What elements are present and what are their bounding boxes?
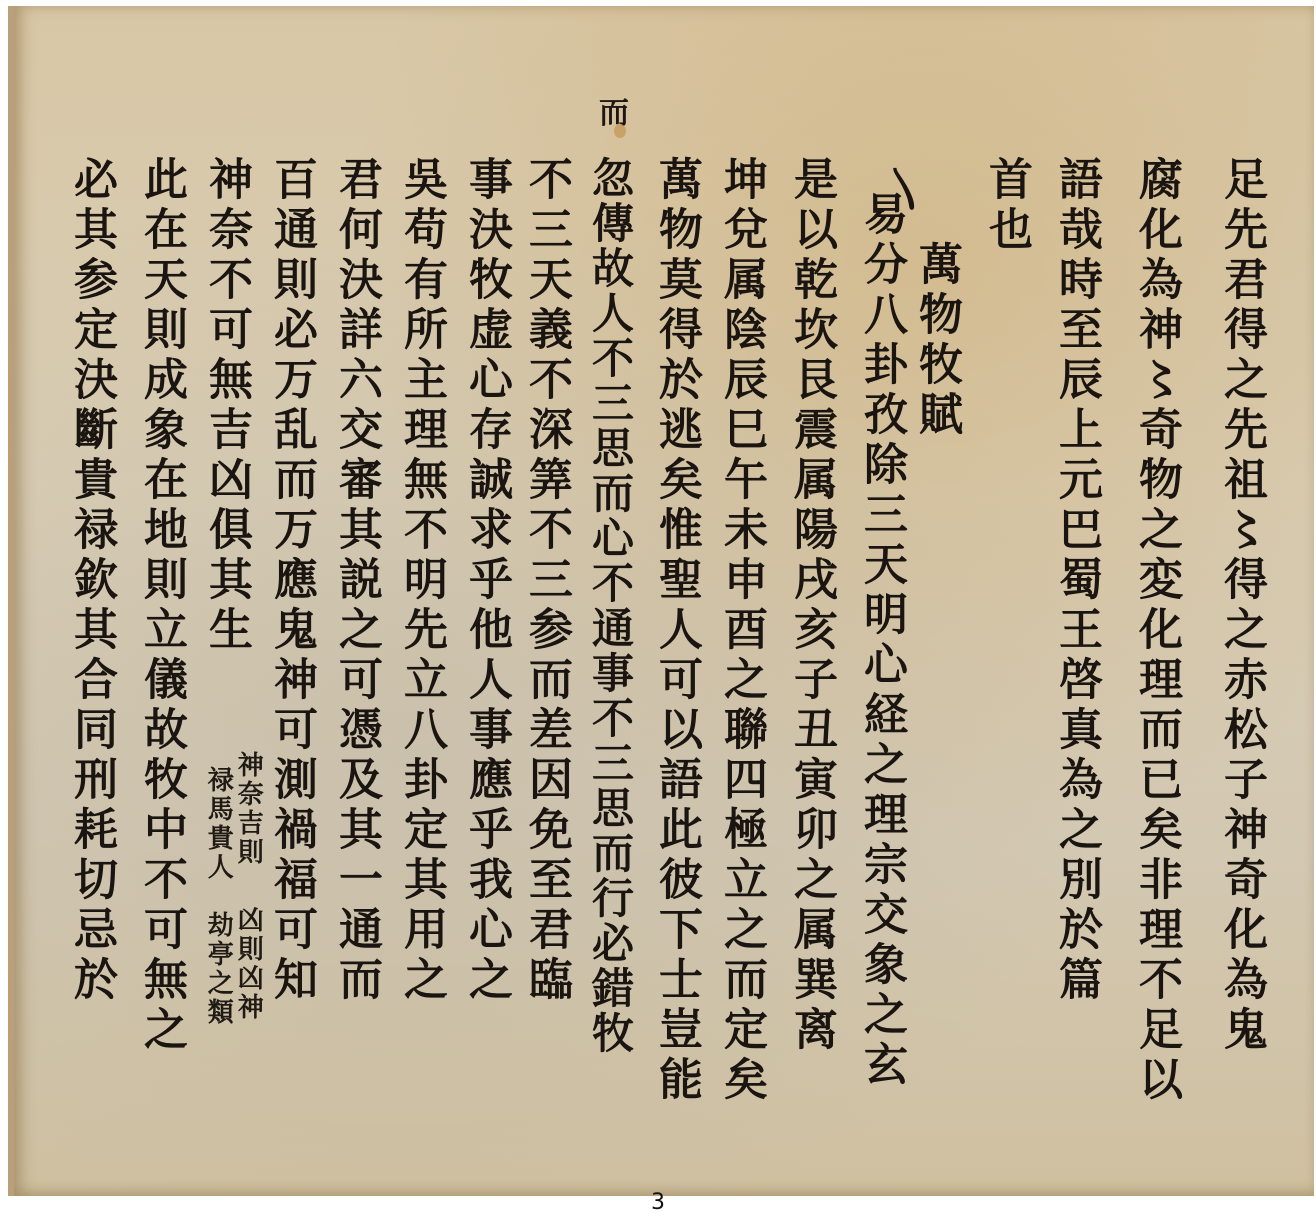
text-column-15: 百通則必万乱而万應鬼神可測禍福可知 bbox=[269, 156, 313, 1006]
text-column-16: 神奈不可無吉凶俱其生 bbox=[204, 156, 248, 656]
text-column-11: 不三天義不深筭不三参而差因免至君臨 bbox=[524, 156, 568, 1006]
text-column-10: 忽傳故人不三思而心不通事不三思而行必錯牧 bbox=[589, 156, 631, 1056]
text-column-7: 是以乾坎艮震属陽戌亥子丑寅卯之属巽离 bbox=[789, 156, 833, 1056]
text-column-14: 君何決詳六交審其説之可憑及其一通而 bbox=[334, 156, 378, 1006]
text-column-6: 易分八卦孜除三天明心経之理宗交象之玄 bbox=[859, 191, 903, 1091]
text-column-18: 必其参定決斷貴禄欽其合同刑耗切忌於 bbox=[69, 156, 113, 1006]
note-2: 禄馬貴人 bbox=[204, 766, 231, 882]
text-column-4: 首也 bbox=[984, 156, 1028, 256]
text-column-17: 此在天則成象在地則立儀故牧中不可無之 bbox=[139, 156, 183, 1056]
note-1: 神奈吉則 bbox=[234, 751, 261, 867]
note-3: 凶則凶神 bbox=[234, 906, 261, 1022]
manuscript-page: 而 足先君得之先祖〻得之赤松子神奇化為鬼 腐化為神〻奇物之変化理而已矣非理不足以… bbox=[8, 6, 1314, 1196]
section-title: 萬物牧賦 bbox=[914, 241, 958, 441]
text-column-2: 腐化為神〻奇物之変化理而已矣非理不足以 bbox=[1134, 156, 1178, 1106]
text-column-3: 語哉時至辰上元巴蜀王啓真為之別於篇 bbox=[1054, 156, 1098, 1006]
text-column-12: 事決牧虚心存誠求乎他人事應乎我心之 bbox=[464, 156, 508, 1006]
text-column-9: 萬物莫得於逃矣惟聖人可以語此彼下士豈能 bbox=[654, 156, 698, 1106]
text-column-8: 坤兌属陰辰巳午未申酉之聯四極立之而定矣 bbox=[719, 156, 763, 1106]
paper-stain bbox=[614, 124, 626, 138]
header-mark: 而 bbox=[589, 88, 639, 128]
text-column-13: 吳苟有所主理無不明先立八卦定其用之 bbox=[399, 156, 443, 1006]
note-4: 劫亭之類 bbox=[204, 911, 231, 1027]
page-number: 3 bbox=[0, 1190, 1316, 1215]
text-column-1: 足先君得之先祖〻得之赤松子神奇化為鬼 bbox=[1219, 156, 1263, 1056]
